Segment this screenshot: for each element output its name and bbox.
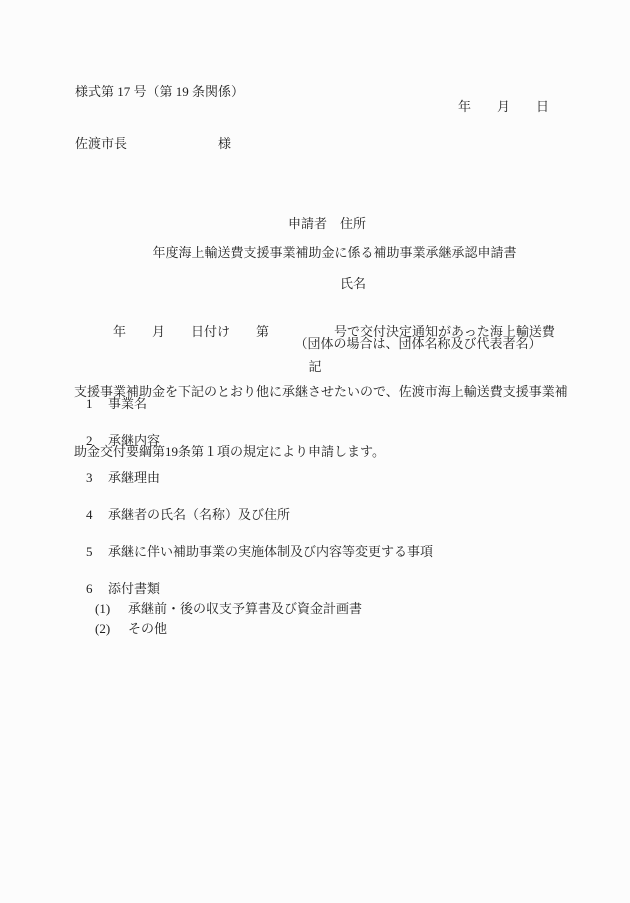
addressee-line: 佐渡市長 様: [75, 134, 231, 154]
application-form-page: 様式第 17 号（第 19 条関係） 年 月 日 佐渡市長 様 申請者 住所 氏…: [0, 0, 630, 903]
item-row-changes: 5 承継に伴い補助事業の実施体制及び内容等変更する事項: [86, 542, 433, 562]
attachment-row-budget-documents: (1) 承継前・後の収支予算書及び資金計画書: [95, 599, 362, 619]
item-row-succession-reason: 3 承継理由: [86, 468, 160, 488]
item-number: 6: [86, 579, 108, 599]
applicant-address-line: 申請者 住所: [288, 214, 542, 234]
attachment-label: その他: [128, 619, 167, 639]
attachment-row-other: (2) その他: [95, 619, 167, 639]
item-number: 2: [86, 431, 108, 451]
attachment-number: (2): [95, 619, 128, 639]
item-number: 3: [86, 468, 108, 488]
item-row-successor-name-address: 4 承継者の氏名（名称）及び住所: [86, 505, 290, 525]
item-label: 事業名: [108, 394, 147, 414]
item-row-attached-documents: 6 添付書類: [86, 579, 160, 599]
item-number: 1: [86, 394, 108, 414]
date-line: 年 月 日: [458, 97, 549, 117]
item-label: 承継内容: [108, 431, 160, 451]
item-number: 4: [86, 505, 108, 525]
attachment-label: 承継前・後の収支予算書及び資金計画書: [128, 599, 362, 619]
item-row-succession-content: 2 承継内容: [86, 431, 160, 451]
item-label: 承継理由: [108, 468, 160, 488]
attachment-number: (1): [95, 599, 128, 619]
body-line-1: 年 月 日付け 第 号で交付決定通知があった海上輸送費: [74, 322, 574, 342]
body-line-2: 支援事業補助金を下記のとおり他に承継させたいので、佐渡市海上輸送費支援事業補: [74, 382, 574, 402]
form-number: 様式第 17 号（第 19 条関係）: [75, 82, 244, 102]
item-row-business-name: 1 事業名: [86, 394, 147, 414]
item-label: 承継に伴い補助事業の実施体制及び内容等変更する事項: [108, 542, 433, 562]
item-label: 承継者の氏名（名称）及び住所: [108, 505, 290, 525]
item-number: 5: [86, 542, 108, 562]
document-title: 年度海上輸送費支援事業補助金に係る補助事業承継承認申請書: [0, 243, 630, 263]
record-marker: 記: [0, 357, 630, 377]
item-label: 添付書類: [108, 579, 160, 599]
